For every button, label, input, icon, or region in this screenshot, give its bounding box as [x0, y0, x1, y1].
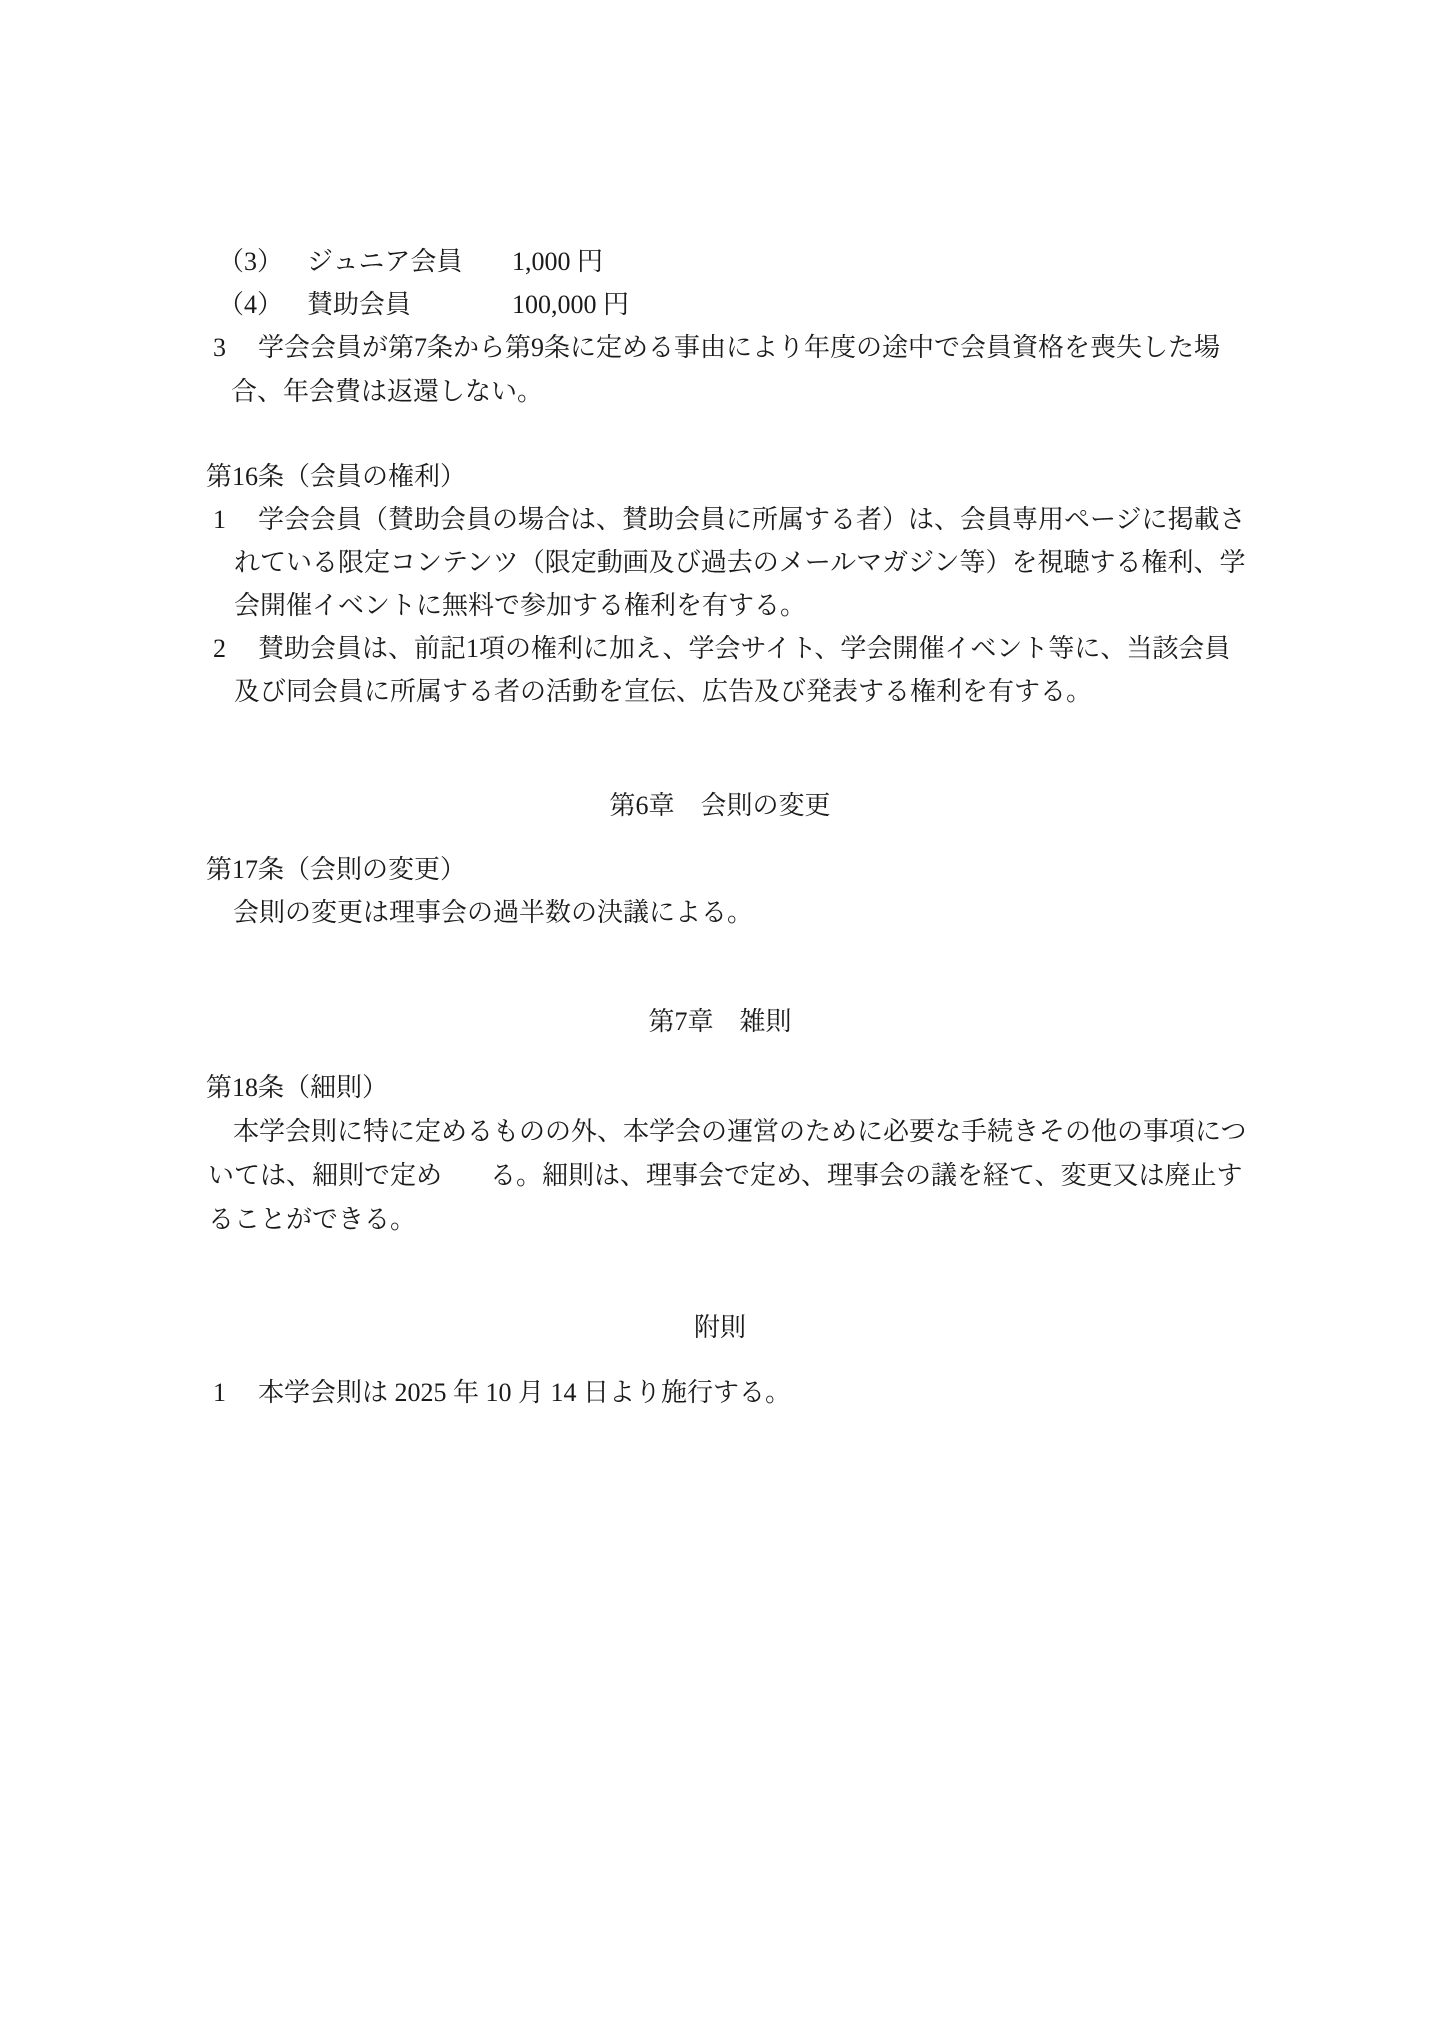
clause-text: 本学会則に特に定めるものの外、本学会の運営のために必要な手続きその他の事項につ — [233, 1111, 1246, 1153]
clause-text: 学会会員が第7条から第9条に定める事由により年度の途中で会員資格を喪失した場 — [258, 327, 1220, 369]
chapter6-heading: 第6章 会則の変更 — [0, 785, 1440, 827]
chapter7-heading: 第7章 雑則 — [0, 1001, 1440, 1043]
article16-item2-line1: 2 賛助会員は、前記1項の権利に加え、学会サイト、学会開催イベント等に、当該会員 — [0, 628, 1440, 670]
fee-item-no: （4） — [218, 284, 283, 326]
article17-body: 会則の変更は理事会の過半数の決議による。 — [0, 892, 1440, 934]
clause-text: 会則の変更は理事会の過半数の決議による。 — [233, 892, 753, 934]
fee-item-amount: 100,000 円 — [512, 284, 629, 326]
document-page: （3） ジュニア会員 1,000 円 （4） 賛助会員 100,000 円 3 … — [0, 0, 1440, 2036]
blank-gap — [442, 1183, 490, 1184]
clause-text: 本学会則は 2025 年 10 月 14 日より施行する。 — [258, 1372, 791, 1414]
clause-text-before-gap: いては、細則で定め — [208, 1161, 442, 1190]
item-number: 1 — [213, 499, 226, 541]
clause-text: 合、年会費は返還しない。 — [231, 371, 543, 413]
item-number: 1 — [213, 1372, 226, 1414]
item-number: 2 — [213, 628, 226, 670]
clause-text: 及び同会員に所属する者の活動を宣伝、広告及び発表する権利を有する。 — [234, 671, 1092, 713]
article16-item1-line3: 会開催イベントに無料で参加する権利を有する。 — [0, 585, 1440, 627]
fee-item-row: （3） ジュニア会員 1,000 円 — [0, 241, 1440, 283]
fee-item-row: （4） 賛助会員 100,000 円 — [0, 284, 1440, 326]
supplement-item-line: 1 本学会則は 2025 年 10 月 14 日より施行する。 — [0, 1372, 1440, 1414]
article16-item1-line1: 1 学会会員（賛助会員の場合は、賛助会員に所属する者）は、会員専用ページに掲載さ — [0, 499, 1440, 541]
fee-item-amount: 1,000 円 — [512, 241, 603, 283]
clause-text: 賛助会員は、前記1項の権利に加え、学会サイト、学会開催イベント等に、当該会員 — [258, 628, 1230, 670]
clause-text: れている限定コンテンツ（限定動画及び過去のメールマガジン等）を視聴する権利、学 — [234, 542, 1246, 584]
fee-item-no: （3） — [218, 241, 283, 283]
article17-heading: 第17条（会則の変更） — [0, 849, 1440, 891]
article18-line3: ることができる。 — [0, 1199, 1440, 1241]
article16-item1-line2: れている限定コンテンツ（限定動画及び過去のメールマガジン等）を視聴する権利、学 — [0, 542, 1440, 584]
article-heading-text: 第16条（会員の権利） — [206, 456, 466, 498]
fee-item-name: 賛助会員 — [307, 284, 411, 326]
article18-heading: 第18条（細則） — [0, 1067, 1440, 1109]
clause-text-after-gap: る。細則は、理事会で定め、理事会の議を経て、変更又は廃止す — [490, 1161, 1242, 1190]
article16-heading: 第16条（会員の権利） — [0, 456, 1440, 498]
fee-item-name: ジュニア会員 — [307, 241, 462, 283]
article-heading-text: 第18条（細則） — [206, 1067, 388, 1109]
clause-text: 会開催イベントに無料で参加する権利を有する。 — [234, 585, 806, 627]
clause-text: 学会会員（賛助会員の場合は、賛助会員に所属する者）は、会員専用ページに掲載さ — [258, 499, 1245, 541]
item-number: 3 — [213, 327, 226, 369]
clause3-line1: 3 学会会員が第7条から第9条に定める事由により年度の途中で会員資格を喪失した場 — [0, 327, 1440, 369]
article-heading-text: 第17条（会則の変更） — [206, 849, 466, 891]
clause-text: いては、細則で定める。細則は、理事会で定め、理事会の議を経て、変更又は廃止す — [208, 1155, 1242, 1197]
article18-line1: 本学会則に特に定めるものの外、本学会の運営のために必要な手続きその他の事項につ — [0, 1111, 1440, 1153]
clause3-line2: 合、年会費は返還しない。 — [0, 371, 1440, 413]
supplement-heading: 附則 — [0, 1307, 1440, 1349]
article18-line2: いては、細則で定める。細則は、理事会で定め、理事会の議を経て、変更又は廃止す — [0, 1155, 1440, 1197]
clause-text: ることができる。 — [208, 1199, 416, 1241]
article16-item2-line2: 及び同会員に所属する者の活動を宣伝、広告及び発表する権利を有する。 — [0, 671, 1440, 713]
